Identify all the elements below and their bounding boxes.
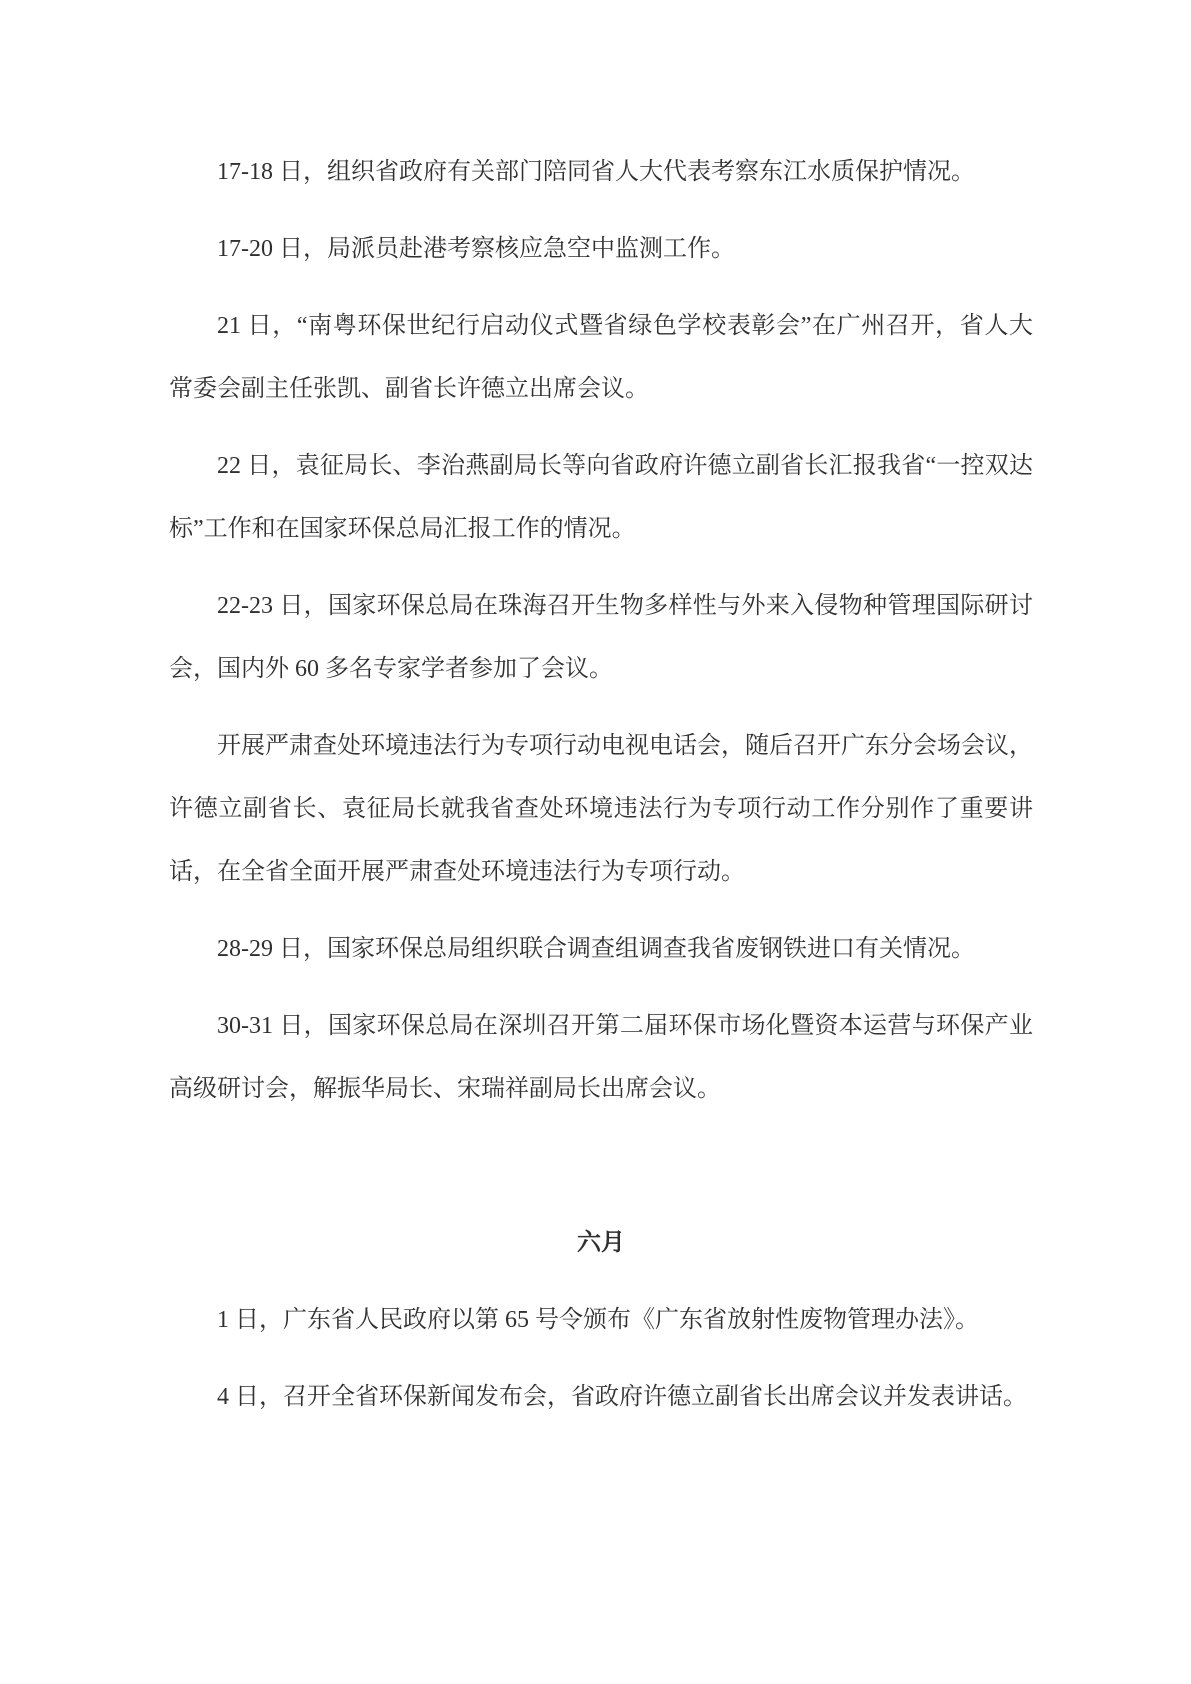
month-heading: 六月: [169, 1212, 1033, 1275]
document-page: 17-18 日，组织省政府有关部门陪同省人大代表考察东江水质保护情况。17-20…: [0, 0, 1191, 1684]
document-paragraph: 28-29 日，国家环保总局组织联合调查组调查我省废钢铁进口有关情况。: [169, 918, 1033, 981]
document-paragraph: 17-18 日，组织省政府有关部门陪同省人大代表考察东江水质保护情况。: [169, 141, 1033, 204]
document-paragraph: 17-20 日，局派员赴港考察核应急空中监测工作。: [169, 218, 1033, 281]
blank-line: [169, 1135, 1033, 1198]
document-paragraph: 1 日，广东省人民政府以第 65 号令颁布《广东省放射性废物管理办法》。: [169, 1289, 1033, 1352]
document-paragraph: 21 日，“南粤环保世纪行启动仪式暨省绿色学校表彰会”在广州召开，省人大常委会副…: [169, 295, 1033, 421]
document-body: 17-18 日，组织省政府有关部门陪同省人大代表考察东江水质保护情况。17-20…: [169, 141, 1033, 1429]
document-paragraph: 22-23 日，国家环保总局在珠海召开生物多样性与外来入侵物种管理国际研讨会，国…: [169, 575, 1033, 701]
document-paragraph: 开展严肃查处环境违法行为专项行动电视电话会，随后召开广东分会场会议，许德立副省长…: [169, 715, 1033, 904]
document-paragraph: 4 日，召开全省环保新闻发布会，省政府许德立副省长出席会议并发表讲话。: [169, 1366, 1033, 1429]
document-paragraph: 22 日，袁征局长、李治燕副局长等向省政府许德立副省长汇报我省“一控双达标”工作…: [169, 435, 1033, 561]
document-paragraph: 30-31 日，国家环保总局在深圳召开第二届环保市场化暨资本运营与环保产业高级研…: [169, 995, 1033, 1121]
